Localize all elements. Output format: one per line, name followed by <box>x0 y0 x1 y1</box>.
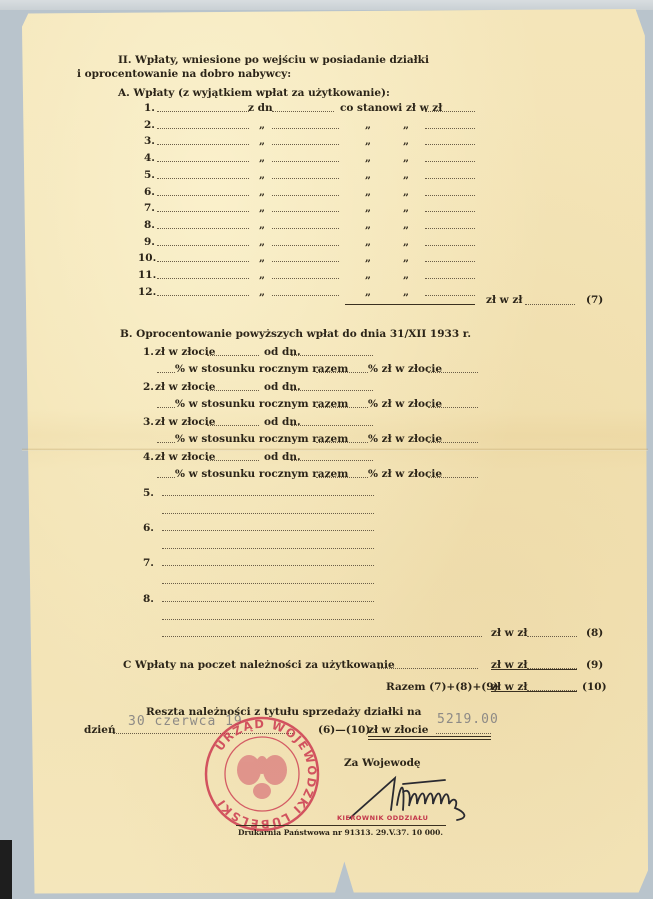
interest-from-label: od dn. <box>264 416 301 428</box>
payment-amount-field[interactable] <box>157 195 249 196</box>
remainder-underline-2 <box>368 739 491 740</box>
row-number: 8. <box>144 219 155 231</box>
payment-amount-field[interactable] <box>157 128 249 129</box>
blank-item-number: 6. <box>143 522 154 534</box>
payment-amount-field[interactable] <box>157 144 249 145</box>
interest-amount-field[interactable] <box>207 425 259 426</box>
scan-backdrop-corner <box>0 840 12 899</box>
blank-item-line[interactable] <box>162 565 374 566</box>
interest-amount-field[interactable] <box>207 390 259 391</box>
section-a-heading: A. Wpłaty (z wyjątkiem wpłat za użytkowa… <box>118 87 390 99</box>
row-number: 6. <box>144 186 155 198</box>
interest-total-rate-field[interactable] <box>316 407 368 408</box>
ditto-mark: „ <box>365 236 371 248</box>
converted-amount-field[interactable] <box>425 211 475 212</box>
payment-date-field[interactable] <box>272 228 339 229</box>
interest-total-rate-field[interactable] <box>316 442 368 443</box>
blank-item-line[interactable] <box>162 583 374 584</box>
interest-from-date-field[interactable] <box>291 460 373 461</box>
for-voivode-label: Za Wojewodę <box>344 757 421 769</box>
ditto-mark: „ <box>259 269 265 281</box>
scan-backdrop <box>0 0 653 10</box>
ditto-mark: „ <box>259 202 265 214</box>
interest-from-date-field[interactable] <box>291 390 373 391</box>
signature-rule <box>236 825 446 826</box>
interest-rate-label: % w stosunku rocznym razem <box>175 363 348 375</box>
sum-label: Razem (7)+(8)+(9) <box>386 681 499 693</box>
converted-amount-field[interactable] <box>425 278 475 279</box>
ditto-mark: „ <box>259 252 265 264</box>
interest-rate-label: % w stosunku rocznym razem <box>175 433 348 445</box>
interest-from-date-field[interactable] <box>291 425 373 426</box>
interest-result-label: % zł w złocie <box>368 398 442 410</box>
blank-item-line[interactable] <box>162 513 374 514</box>
section-a-total-label: zł w zł <box>486 294 522 306</box>
section-c-heading: C Wpłaty na poczet należności za użytkow… <box>123 659 395 671</box>
remainder-amount-field[interactable] <box>436 733 491 734</box>
interest-rate-label: % w stosunku rocznym razem <box>175 398 348 410</box>
interest-result-field[interactable] <box>428 442 478 443</box>
day-label: dzień <box>84 724 116 736</box>
section-a-total-ref: (7) <box>586 294 603 306</box>
section-b-total-field[interactable] <box>527 636 577 637</box>
ditto-mark: „ <box>259 135 265 147</box>
converted-amount-field[interactable] <box>425 261 475 262</box>
row-number: 2. <box>144 119 155 131</box>
ditto-mark: „ <box>365 269 371 281</box>
ditto-mark: „ <box>259 186 265 198</box>
interest-item-number: 3. <box>143 416 154 428</box>
row-number: 5. <box>144 169 155 181</box>
ditto-mark: „ <box>259 236 265 248</box>
section-b-total-label: zł w zł <box>491 627 527 639</box>
official-stamp-icon: URZĄD WOJEWÓDZKI LUBELSKI <box>203 715 321 833</box>
remainder-amount: 5219.00 <box>437 712 499 727</box>
payment-amount-field[interactable] <box>157 111 249 112</box>
payment-amount-field[interactable] <box>157 261 249 262</box>
blank-item-line[interactable] <box>162 619 374 620</box>
row-number: 7. <box>144 202 155 214</box>
converted-amount-field[interactable] <box>425 161 475 162</box>
payment-amount-field[interactable] <box>157 228 249 229</box>
payment-amount-field[interactable] <box>157 278 249 279</box>
interest-from-label: od dn. <box>264 451 301 463</box>
payment-date-field[interactable] <box>272 161 339 162</box>
remainder-formula: (6)—(10) <box>318 724 370 736</box>
payment-date-field[interactable] <box>272 295 339 296</box>
ditto-mark: „ <box>403 236 409 248</box>
payment-amount-field[interactable] <box>157 245 249 246</box>
payment-amount-field[interactable] <box>157 178 249 179</box>
section-a-total-field[interactable] <box>525 304 575 305</box>
payment-date-field[interactable] <box>272 211 339 212</box>
ditto-mark: „ <box>365 286 371 298</box>
ditto-mark: „ <box>259 152 265 164</box>
payment-date-field[interactable] <box>272 245 339 246</box>
ditto-mark: „ <box>403 119 409 131</box>
payment-date-field[interactable] <box>272 178 339 179</box>
ditto-mark: „ <box>365 202 371 214</box>
interest-amount-label: zł w złocie <box>155 381 215 393</box>
ditto-mark: „ <box>259 169 265 181</box>
converted-amount-field[interactable] <box>425 245 475 246</box>
interest-from-label: od dn. <box>264 381 301 393</box>
ditto-mark: „ <box>403 219 409 231</box>
printer-imprint: Drukarnia Państwowa nr 91313. 29.V.37. 1… <box>238 828 443 837</box>
converted-amount-field[interactable] <box>425 128 475 129</box>
converted-amount-field[interactable] <box>425 195 475 196</box>
interest-amount-field[interactable] <box>207 355 259 356</box>
section-c-total-ref: (9) <box>586 659 603 671</box>
ditto-mark: „ <box>403 286 409 298</box>
blank-item-line[interactable] <box>162 601 374 602</box>
interest-rate-label: % w stosunku rocznym razem <box>175 468 348 480</box>
converted-amount-field[interactable] <box>425 228 475 229</box>
row-number: 9. <box>144 236 155 248</box>
remainder-currency: zł w złocie <box>368 724 428 736</box>
ditto-mark: „ <box>365 152 371 164</box>
ditto-mark: „ <box>403 135 409 147</box>
blank-item-line[interactable] <box>162 530 374 531</box>
blank-item-number: 8. <box>143 593 154 605</box>
interest-amount-label: zł w złocie <box>155 346 215 358</box>
ditto-mark: „ <box>259 286 265 298</box>
interest-item-number: 1. <box>143 346 154 358</box>
ditto-mark: „ <box>259 119 265 131</box>
document-page <box>22 9 648 897</box>
payment-amount-field[interactable] <box>157 211 249 212</box>
interest-result-field[interactable] <box>428 372 478 373</box>
row-number: 10. <box>138 252 156 264</box>
section-ii-heading-cont: i oprocentowanie na dobro nabywcy: <box>77 68 291 80</box>
row-number: 3. <box>144 135 155 147</box>
payment-date-field[interactable] <box>272 261 339 262</box>
section-a-underline <box>345 304 475 305</box>
interest-result-label: % zł w złocie <box>368 433 442 445</box>
blank-item-number: 7. <box>143 557 154 569</box>
converted-amount-field[interactable] <box>425 178 475 179</box>
converted-amount-field[interactable] <box>425 111 475 112</box>
interest-result-label: % zł w złocie <box>368 363 442 375</box>
payment-amount-field[interactable] <box>157 295 249 296</box>
row-number: 11. <box>138 269 156 281</box>
interest-result-label: % zł w złocie <box>368 468 442 480</box>
ditto-mark: „ <box>365 252 371 264</box>
ditto-mark: „ <box>365 169 371 181</box>
interest-amount-label: zł w złocie <box>155 451 215 463</box>
payment-date-field[interactable] <box>272 144 339 145</box>
remainder-underline-1 <box>368 736 491 737</box>
interest-rate-field[interactable] <box>157 372 175 373</box>
section-c-field[interactable] <box>378 668 478 669</box>
from-date-label: z dn <box>248 102 273 114</box>
ditto-mark: „ <box>403 202 409 214</box>
ditto-mark: „ <box>403 269 409 281</box>
section-b-heading: B. Oprocentowanie powyższych wpłat do dn… <box>120 328 471 340</box>
blank-item-line[interactable] <box>162 548 374 549</box>
interest-result-field[interactable] <box>428 477 478 478</box>
interest-rate-field[interactable] <box>157 407 175 408</box>
amount-label: co stanowi zł w zł <box>340 102 442 114</box>
interest-amount-label: zł w złocie <box>155 416 215 428</box>
interest-total-rate-field[interactable] <box>316 372 368 373</box>
payment-date-field[interactable] <box>272 111 334 112</box>
payment-amount-field[interactable] <box>157 161 249 162</box>
row-number: 1. <box>144 102 155 114</box>
ditto-mark: „ <box>365 135 371 147</box>
ditto-mark: „ <box>403 252 409 264</box>
interest-from-label: od dn. <box>264 346 301 358</box>
interest-rate-field[interactable] <box>157 442 175 443</box>
interest-total-rate-field[interactable] <box>316 477 368 478</box>
converted-amount-field[interactable] <box>425 295 475 296</box>
section-b-sum-line[interactable] <box>162 636 482 637</box>
converted-amount-field[interactable] <box>425 144 475 145</box>
ditto-mark: „ <box>403 186 409 198</box>
ditto-mark: „ <box>365 119 371 131</box>
payment-date-field[interactable] <box>272 278 339 279</box>
interest-from-date-field[interactable] <box>291 355 373 356</box>
row-number: 12. <box>138 286 156 298</box>
interest-item-number: 4. <box>143 451 154 463</box>
interest-amount-field[interactable] <box>207 460 259 461</box>
interest-result-field[interactable] <box>428 407 478 408</box>
ditto-mark: „ <box>365 219 371 231</box>
row-number: 4. <box>144 152 155 164</box>
section-c-total-underline <box>491 669 577 670</box>
ditto-mark: „ <box>403 152 409 164</box>
sum-ref: (10) <box>582 681 607 693</box>
payment-date-field[interactable] <box>272 195 339 196</box>
blank-item-number: 5. <box>143 487 154 499</box>
interest-rate-field[interactable] <box>157 477 175 478</box>
section-ii-heading: II. Wpłaty, wniesione po wejściu w posia… <box>118 54 429 66</box>
ditto-mark: „ <box>403 169 409 181</box>
section-b-total-ref: (8) <box>586 627 603 639</box>
paper-fold <box>22 448 648 451</box>
payment-date-field[interactable] <box>272 128 339 129</box>
ditto-mark: „ <box>365 186 371 198</box>
sum-underline <box>491 691 577 692</box>
role-stamp: KIEROWNIK ODDZIAŁU <box>337 814 428 822</box>
blank-item-line[interactable] <box>162 495 374 496</box>
ditto-mark: „ <box>259 219 265 231</box>
interest-item-number: 2. <box>143 381 154 393</box>
